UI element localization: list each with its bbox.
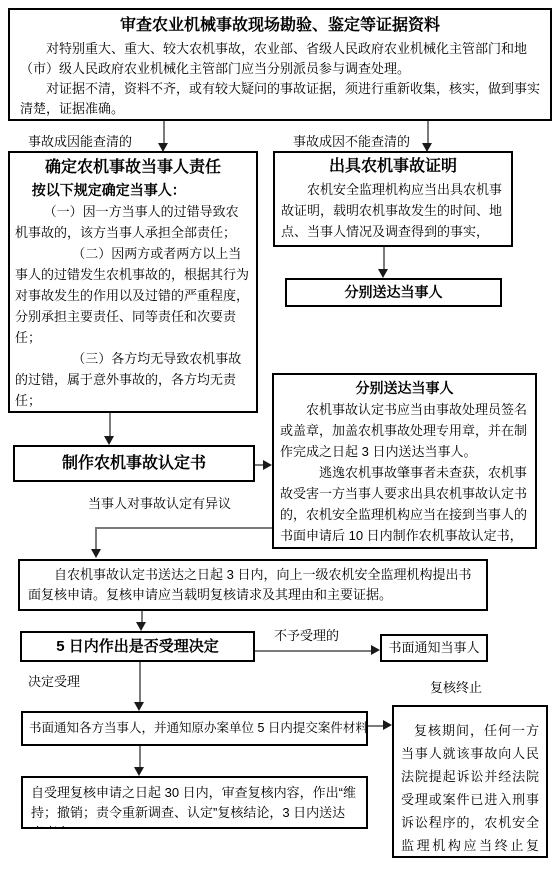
certificate-title: 出具农机事故证明	[275, 155, 511, 179]
connector-accept-to-final-arrowhead-icon	[134, 767, 144, 776]
objection-label: 当事人对事故认定有异议	[88, 496, 231, 511]
connector-objection-vertical-line	[95, 527, 97, 550]
reject-label: 不予受理的	[274, 628, 339, 643]
evidence-review-para2: 对证据不清，资料不齐，或有较大疑问的事故证据，须进行重新收集，核实，做到事实清楚…	[10, 79, 550, 119]
written-notice-label: 书面通知当事人	[388, 640, 479, 655]
make-determination-box: 制作农机事故认定书	[13, 445, 255, 482]
connector-top-to-certificate-line	[427, 121, 429, 144]
connector-accept-to-terminate-line	[368, 725, 384, 727]
responsibility-subtitle: 按以下规定确定当事人：	[10, 180, 256, 201]
connector-responsibility-to-make-arrowhead-icon	[104, 436, 114, 445]
review-termination-body: 复核期间，任何一方当事人就该事故向人民法院提起诉讼并经法院受理或案件已进入刑事诉…	[394, 707, 546, 858]
deliver-parties-label: 分别送达当事人	[345, 284, 443, 300]
certificate-box: 出具农机事故证明 农机安全监理机构应当出具农机事故证明，载明农机事故发生的时间、…	[273, 151, 513, 247]
review-conclusion-body: 自受理复核申请之日起 30 日内，审查复核内容，作出“维持；撤销；责令重新调查、…	[23, 778, 366, 829]
connector-decide-to-notify-arrowhead-icon	[371, 645, 380, 655]
connector-certificate-to-deliver-arrowhead-icon	[378, 269, 388, 278]
terminate-label: 复核终止	[430, 680, 482, 695]
connector-responsibility-to-make-line	[109, 413, 111, 437]
accept-label: 决定受理	[28, 674, 80, 689]
deliver-parties-box: 分别送达当事人	[285, 278, 502, 307]
delivery-detail-para1: 农机事故认定书应当由事故处理员签名或盖章，加盖农机事故处理专用章，并在制作完成之…	[274, 399, 535, 462]
connector-decide-to-accept-arrowhead-icon	[134, 702, 144, 711]
delivery-detail-para2: 逃逸农机事故肇事者未查获，农机事故受害一方当事人要求出具农机事故认定书的，农机安…	[274, 462, 535, 549]
delivery-detail-title: 分别送达当事人	[274, 377, 535, 399]
connector-certificate-to-deliver-line	[383, 247, 385, 270]
branch-label-cause-clear: 事故成因能查清的	[28, 134, 132, 149]
connector-make-to-detail-arrowhead-icon	[263, 460, 272, 470]
review-conclusion-box: 自受理复核申请之日起 30 日内，审查复核内容，作出“维持；撤销；责令重新调查、…	[21, 776, 368, 829]
responsibility-item-3: （三）各方均无导致农机事故的过错，属于意外事故的，各方均无责任；	[10, 348, 256, 411]
certificate-body: 农机安全监理机构应当出具农机事故证明，载明农机事故发生的时间、地点、当事人情况及…	[275, 179, 511, 242]
connector-objection-arrowhead-icon	[91, 549, 101, 558]
connector-accept-to-terminate-arrowhead-icon	[383, 720, 392, 730]
responsibility-item-4: （四）一方当事人故意造成事故的，他方无责任。	[10, 411, 256, 413]
evidence-review-para1: 对特别重大、重大、较大农机事故，农业部、省级人民政府农业机械化主管部门和地（市）…	[10, 39, 550, 79]
responsibility-item-1: （一）因一方当事人的过错导致农机事故的，该方当事人承担全部责任；	[10, 201, 256, 243]
connector-accept-to-final-line	[139, 746, 141, 768]
connector-objection-horizontal-line	[95, 527, 272, 529]
connector-decide-to-notify-line	[255, 650, 372, 652]
notify-all-parties-box: 书面通知各方当事人，并通知原办案单位 5 日内提交案件材料。	[21, 711, 368, 746]
responsibility-item-2: （二）因两方或者两方以上当事人的过错发生农机事故的，根据其行为对事故发生的作用以…	[10, 243, 256, 348]
connector-review-to-decide-arrowhead-icon	[136, 622, 146, 631]
evidence-review-box: 审查农业机械事故现场勘验、鉴定等证据资料 对特别重大、重大、较大农机事故，农业部…	[8, 8, 552, 121]
responsibility-title: 确定农机事故当事人责任	[10, 156, 256, 180]
review-application-body: 自农机事故认定书送达之日起 3 日内，向上一级农机安全监理机构提出书面复核申请。…	[20, 561, 486, 605]
decide-acceptance-box: 5 日内作出是否受理决定	[20, 631, 255, 662]
responsibility-box: 确定农机事故当事人责任 按以下规定确定当事人： （一）因一方当事人的过错导致农机…	[8, 151, 258, 413]
branch-label-cause-unclear: 事故成因不能查清的	[293, 134, 410, 149]
written-notice-box: 书面通知当事人	[380, 634, 488, 662]
connector-top-to-responsibility-line	[163, 121, 165, 144]
delivery-detail-box: 分别送达当事人 农机事故认定书应当由事故处理员签名或盖章，加盖农机事故处理专用章…	[272, 373, 537, 549]
connector-decide-to-accept-line	[139, 662, 141, 703]
review-termination-box: 复核期间，任何一方当事人就该事故向人民法院提起诉讼并经法院受理或案件已进入刑事诉…	[392, 705, 548, 858]
decide-acceptance-label: 5 日内作出是否受理决定	[56, 638, 219, 655]
flowchart-page: 审查农业机械事故现场勘验、鉴定等证据资料 对特别重大、重大、较大农机事故，农业部…	[0, 0, 560, 874]
notify-all-parties-body: 书面通知各方当事人，并通知原办案单位 5 日内提交案件材料。	[23, 713, 366, 744]
make-determination-label: 制作农机事故认定书	[62, 455, 206, 472]
evidence-review-title: 审查农业机械事故现场勘验、鉴定等证据资料	[10, 14, 550, 38]
review-application-box: 自农机事故认定书送达之日起 3 日内，向上一级农机安全监理机构提出书面复核申请。…	[18, 559, 488, 611]
